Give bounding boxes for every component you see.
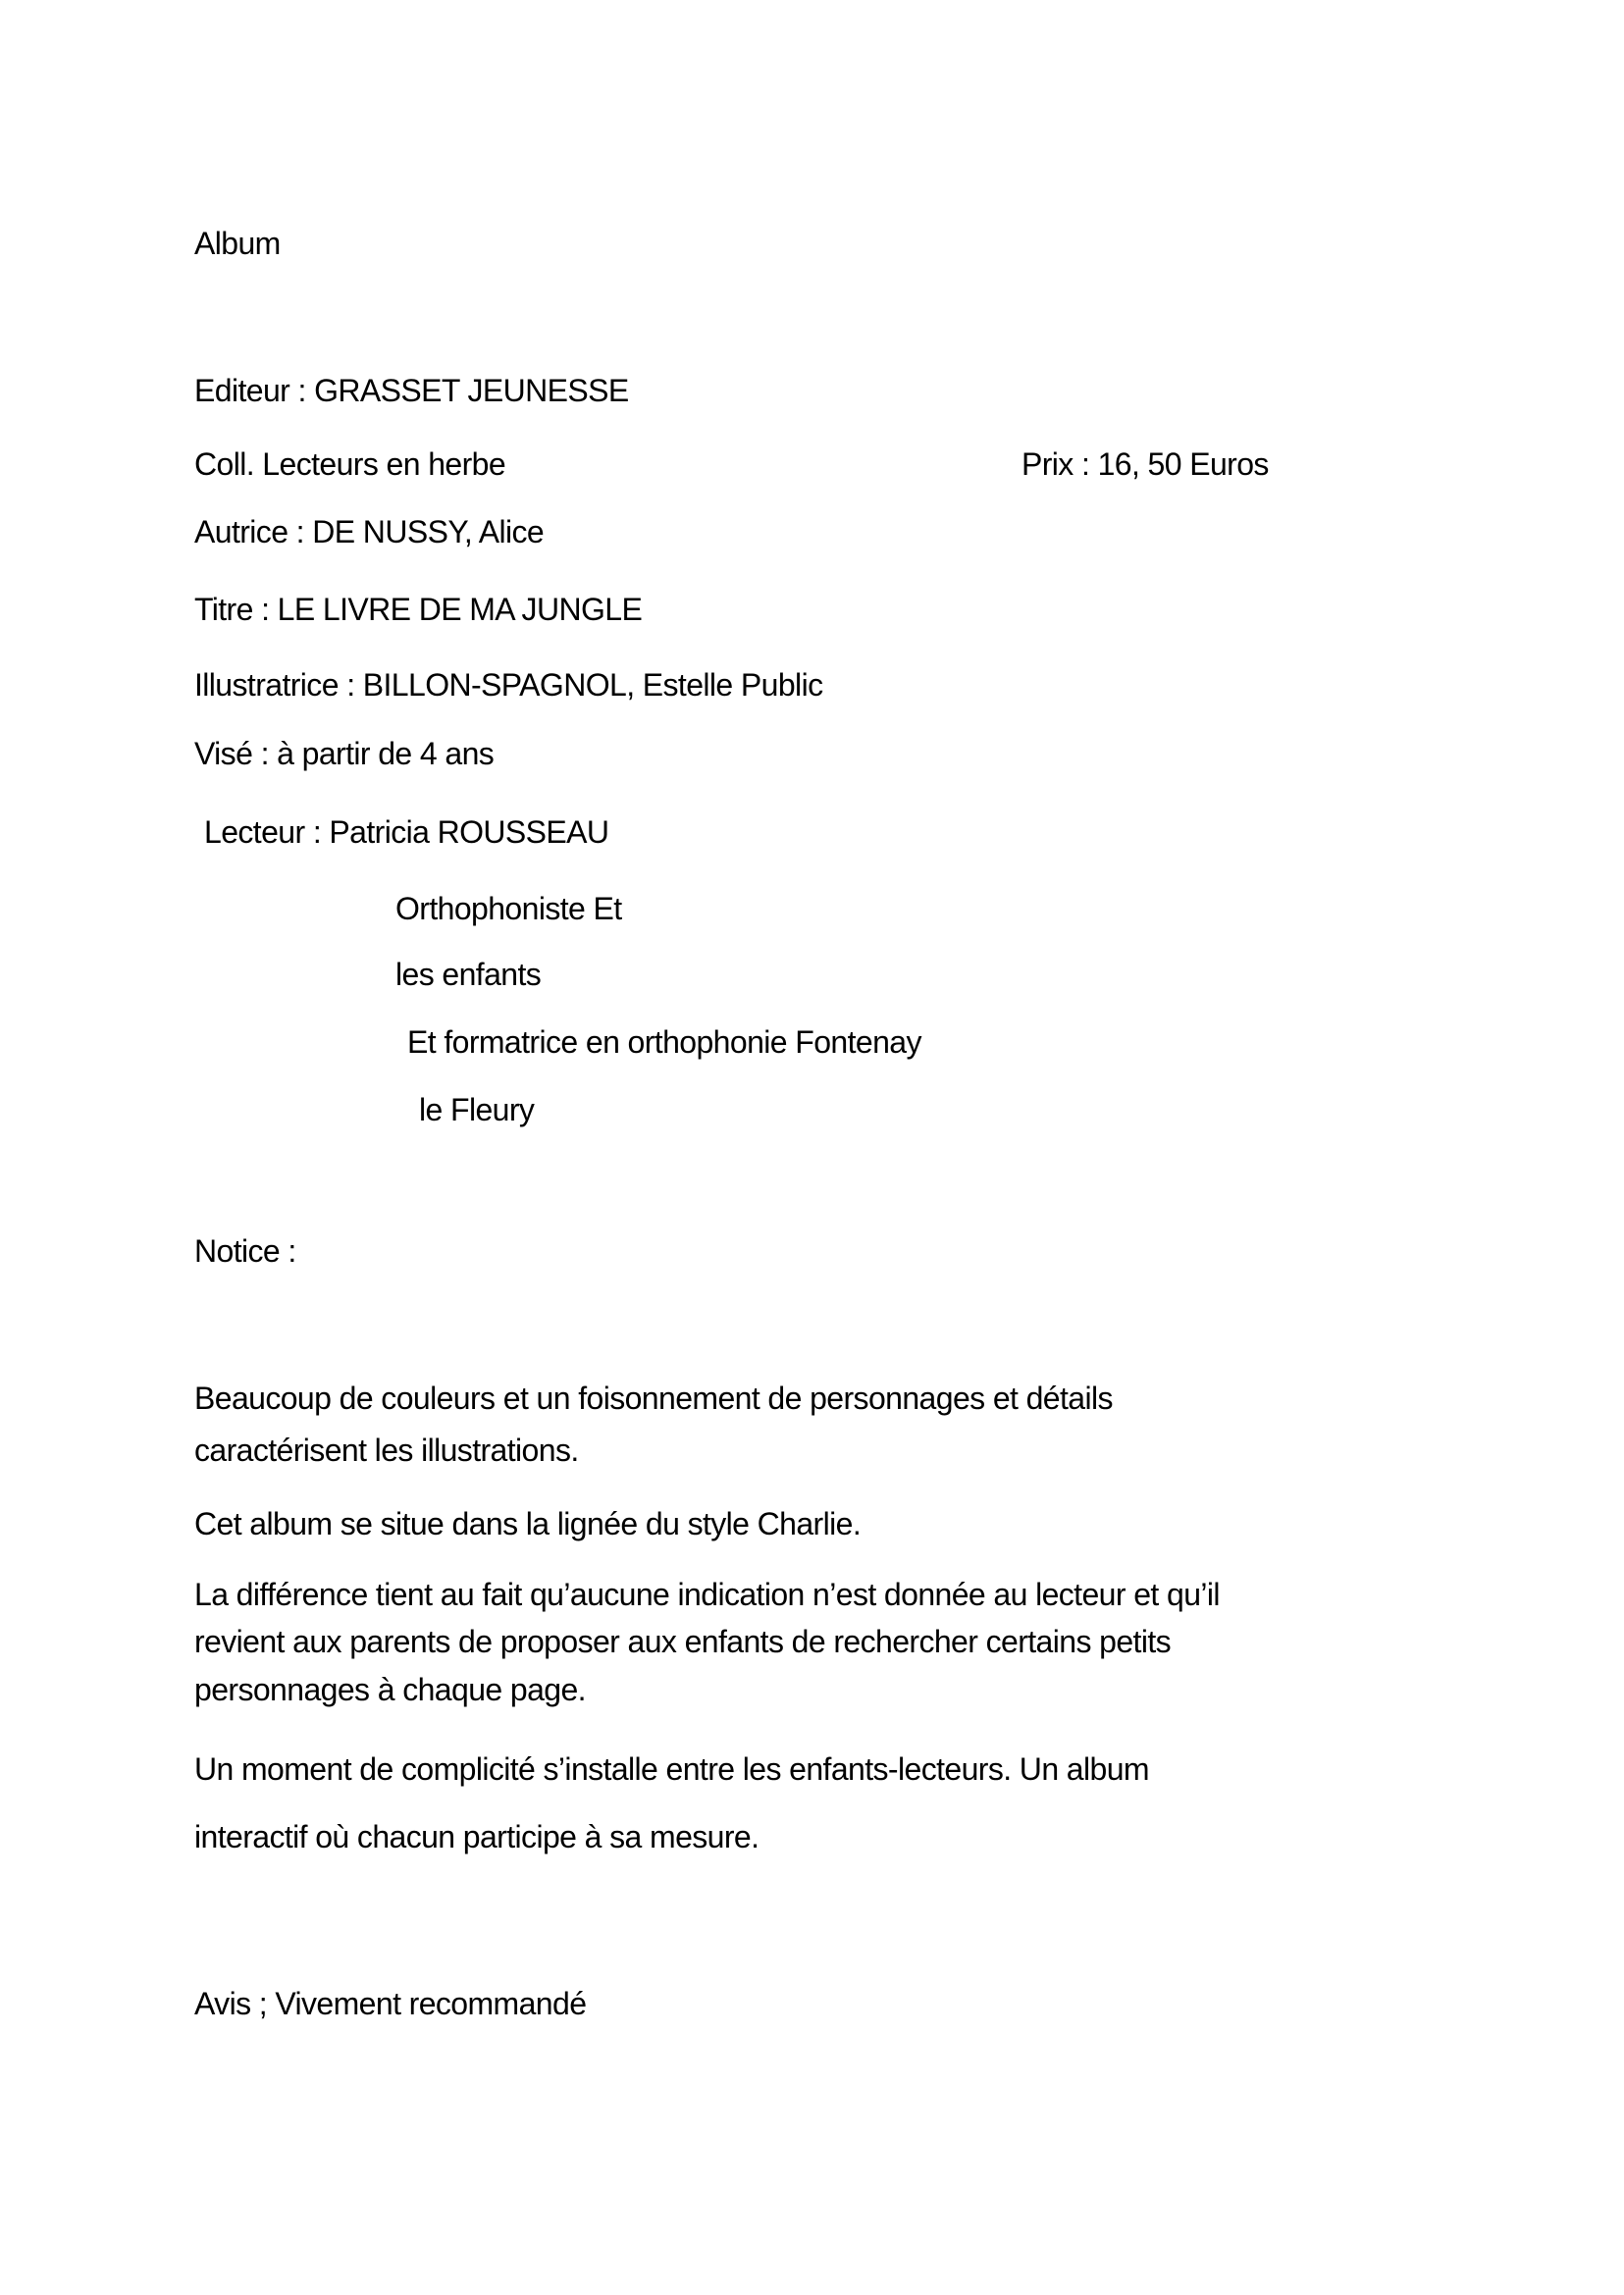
notice-line: revient aux parents de proposer aux enfa… [194,1622,1171,1661]
notice-line: Cet album se situe dans la lignée du sty… [194,1504,861,1543]
notice-line: personnages à chaque page. [194,1670,586,1709]
lecteur-detail-line: les enfants [395,955,541,994]
lecteur-detail-line: le Fleury [419,1090,534,1129]
autrice-field: Autrice : DE NUSSY, Alice [194,512,544,551]
category-label: Album [194,224,281,263]
notice-line: Un moment de complicité s’installe entre… [194,1749,1149,1789]
notice-heading: Notice : [194,1231,296,1271]
lecteur-detail-line: Et formatrice en orthophonie Fontenay [407,1022,921,1062]
notice-line: La différence tient au fait qu’aucune in… [194,1575,1220,1614]
illustratrice-field: Illustratrice : BILLON-SPAGNOL, Estelle … [194,665,822,704]
lecteur-detail-line: Orthophoniste Et [395,889,622,928]
vise-field: Visé : à partir de 4 ans [194,734,494,773]
lecteur-field: Lecteur : Patricia ROUSSEAU [204,812,608,852]
notice-line: Beaucoup de couleurs et un foisonnement … [194,1379,1113,1418]
notice-line: caractérisent les illustrations. [194,1431,579,1470]
prix-field: Prix : 16, 50 Euros [1022,444,1269,484]
collection-field: Coll. Lecteurs en herbe [194,444,505,484]
titre-field: Titre : LE LIVRE DE MA JUNGLE [194,590,642,629]
avis-line: Avis ; Vivement recommandé [194,1984,586,2023]
notice-line: interactif où chacun participe à sa mesu… [194,1817,759,1856]
editeur-field: Editeur : GRASSET JEUNESSE [194,371,629,410]
document-page: Album Editeur : GRASSET JEUNESSE Coll. L… [0,0,1624,2295]
